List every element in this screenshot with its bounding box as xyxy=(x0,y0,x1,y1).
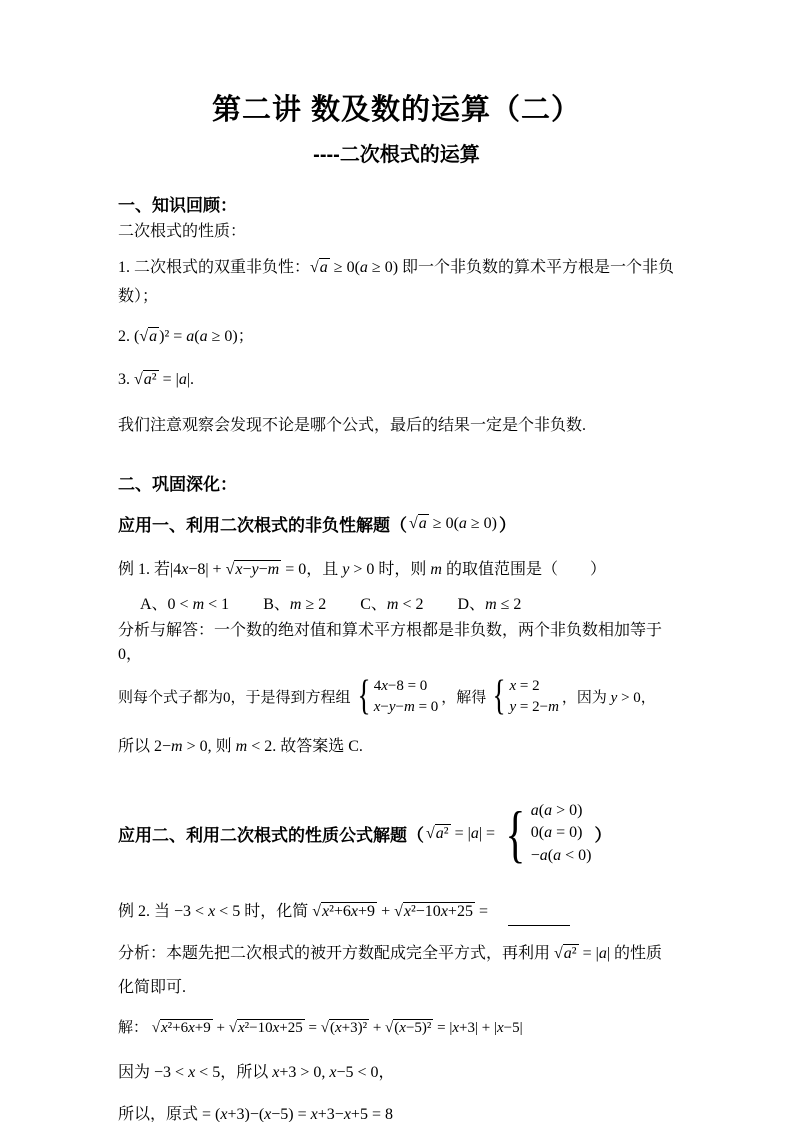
option-d: D、m ≤ 2 xyxy=(458,594,522,616)
example-2-solution: 解： √x²+6x+9 + √x²−10x+25 = √(x+3)² + √(x… xyxy=(118,1011,678,1045)
example-1-analysis-line-1: 分析与解答：一个数的绝对值和算术平方根都是非负数，两个非负数相加等于 0， xyxy=(118,619,678,667)
application-1-heading-formula: √a ≥ 0(a ≥ 0) xyxy=(409,515,497,533)
example-2-statement: 例 2. 当 −3 < x < 5 时，化简 √x²+6x+9 + √x²−10… xyxy=(118,895,678,929)
document-body: 一、知识回顾： 二次根式的性质： 1. 二次根式的双重非负性：√a ≥ 0(a … xyxy=(118,195,678,1122)
example-2-text: 例 2. 当 −3 < x < 5 时，化简 √x²+6x+9 + √x²−10… xyxy=(118,902,488,920)
application-2-heading-formula: √a² = |a| = xyxy=(426,825,495,843)
analysis-text-1: 则每个式子都为0，于是得到方程组 xyxy=(118,686,351,707)
example-1-statement: 例 1. 若|4x−8| + √x−y−m = 0，且 y > 0 时，则 m … xyxy=(118,554,678,586)
abs-value-piecewise-cases: {a(a > 0)0(a = 0)−a(a < 0) xyxy=(500,800,591,867)
example-2-analysis: 分析：本题先把二次根式的被开方数配成完全平方式，再利用 √a² = |a| 的性… xyxy=(118,937,678,1005)
property-2-square-of-root: 2. (√a)² = a(a ≥ 0)； xyxy=(118,320,678,354)
document-page: 第二讲 数及数的运算（二） ----二次根式的运算 一、知识回顾： 二次根式的性… xyxy=(0,0,793,1122)
application-1-heading: 应用一、利用二次根式的非负性解题（√a ≥ 0(a ≥ 0)） xyxy=(118,509,678,539)
application-1-heading-close: ） xyxy=(499,511,516,536)
option-b: B、m ≥ 2 xyxy=(263,594,326,616)
answer-blank xyxy=(508,911,570,926)
review-note: 我们注意观察会发现不论是哪个公式，最后的结果一定是个非负数. xyxy=(118,414,678,438)
application-2-heading-close: ） xyxy=(594,821,611,846)
review-section-heading: 一、知识回顾： xyxy=(118,195,678,217)
application-1-heading-text: 应用一、利用二次根式的非负性解题（ xyxy=(118,511,407,536)
solution-system: {x = 2y = 2−m xyxy=(489,676,559,718)
example-1-analysis-line-2: 则每个式子都为0，于是得到方程组{4x−8 = 0x−y−m = 0，解得{x … xyxy=(118,672,678,722)
properties-intro: 二次根式的性质： xyxy=(118,220,678,244)
application-2-heading-text: 应用二、利用二次根式的性质公式解题（ xyxy=(118,821,424,846)
example-1-conclusion: 所以 2−m > 0, 则 m < 2. 故答案选 C. xyxy=(118,735,678,759)
property-3-root-of-square: 3. √a² = |a|. xyxy=(118,364,678,396)
option-c: C、m < 2 xyxy=(360,594,423,616)
page-subtitle: ----二次根式的运算 xyxy=(0,141,793,169)
analysis-text-2: ，解得 xyxy=(441,686,486,707)
equation-system: {4x−8 = 0x−y−m = 0 xyxy=(354,676,439,718)
analysis-text-3: ，因为 y > 0， xyxy=(562,686,656,707)
page-title: 第二讲 数及数的运算（二） xyxy=(0,90,793,131)
example-2-therefore-line: 所以，原式 = (x+3)−(x−5) = x+3−x+5 = 8 xyxy=(118,1103,678,1122)
application-2-heading: 应用二、利用二次根式的性质公式解题（√a² = |a| ={a(a > 0)0(… xyxy=(118,793,678,875)
consolidate-section-heading: 二、巩固深化： xyxy=(118,474,678,496)
example-1-options: A、0 < m < 1 B、m ≥ 2 C、m < 2 D、m ≤ 2 xyxy=(118,594,678,616)
property-1-double-nonnegativity: 1. 二次根式的双重非负性：√a ≥ 0(a ≥ 0) 即一个非负数的算术平方根… xyxy=(118,253,678,311)
example-2-because-line: 因为 −3 < x < 5，所以 x+3 > 0, x−5 < 0， xyxy=(118,1061,678,1085)
option-a: A、0 < m < 1 xyxy=(140,594,229,616)
